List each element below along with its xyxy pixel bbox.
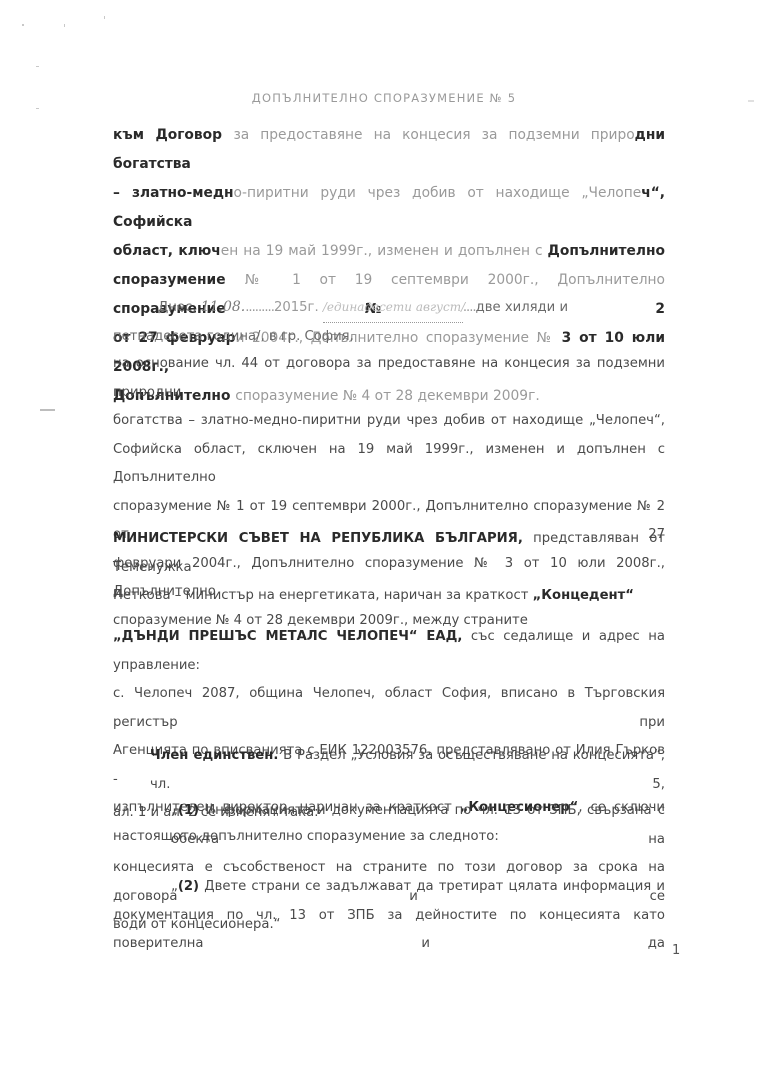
concessionaire-name: „ДЪНДИ ПРЕШЪС МЕТАЛС ЧЕЛОПЕЧ“ ЕАД, [113, 629, 462, 644]
page-number: 1 [672, 943, 680, 958]
article-heading: Член единствен. [150, 748, 278, 763]
document-title: ДОПЪЛНИТЕЛНО СПОРАЗУМЕНИЕ № 5 [0, 91, 768, 105]
scan-artifact [40, 409, 55, 411]
date-place-line: Днес, 11.08..........2015г. /единадесети… [113, 293, 665, 351]
scan-artifact [64, 24, 65, 27]
intro-line: – златно-медно-пиритни руди чрез добив о… [113, 179, 665, 237]
intro-line: област, ключен на 19 май 1999г., изменен… [113, 237, 665, 266]
document-page: ДОПЪЛНИТЕЛНО СПОРАЗУМЕНИЕ № 5 към Догово… [0, 0, 768, 1086]
scan-artifact [36, 66, 39, 67]
scan-artifact [36, 108, 39, 109]
paragraph-2: „(2) Двете страни се задължават да трети… [113, 873, 665, 959]
grantor-name: МИНИСТЕРСКИ СЪВЕТ НА РЕПУБЛИКА БЪЛГАРИЯ, [113, 531, 523, 546]
intro-line: към Договор за предоставяне на концесия … [113, 121, 665, 179]
handwritten-date-words: /единадесети август/ [323, 293, 463, 323]
conjunction: и [113, 580, 665, 609]
scan-artifact [104, 16, 105, 19]
scan-artifact [22, 24, 24, 26]
handwritten-date: 11.08. [201, 299, 246, 315]
